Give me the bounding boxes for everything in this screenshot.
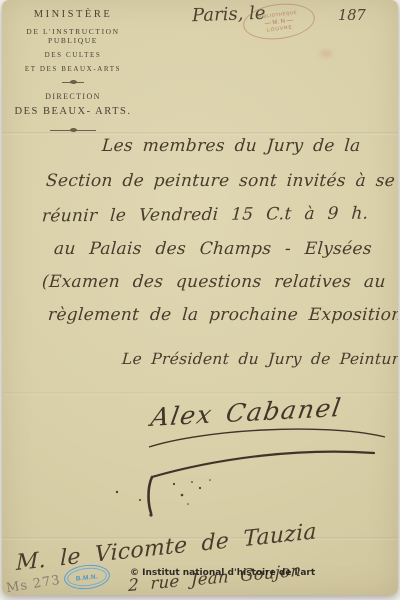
signature-flourish-icon <box>92 420 392 530</box>
ornament-divider-icon <box>62 81 84 84</box>
ministry-subtitle: ET DES BEAUX-ARTS <box>14 65 132 73</box>
stamp-text: B.M.N. <box>76 572 99 581</box>
shelfmark-pencil-note: Ms 273 <box>5 573 62 595</box>
direction-label: DIRECTION <box>14 92 132 101</box>
inha-copyright-watermark: © Institut national d'histoire de l'art <box>130 568 315 578</box>
ministry-subtitle: DE L'INSTRUCTION PUBLIQUE <box>14 27 132 45</box>
ministry-title: MINISTÈRE <box>14 9 132 20</box>
body-line: réunir le Vendredi 15 C.t à 9 h. <box>41 204 369 227</box>
letter-page: MINISTÈRE DE L'INSTRUCTION PUBLIQUE DES … <box>2 0 398 595</box>
direction-name: DES BEAUX- ARTS. <box>14 106 132 117</box>
body-line: règlement de la prochaine Exposition) <box>47 305 398 325</box>
ink-smudge <box>320 50 332 57</box>
closing-line: Le Président du Jury de Peinture, <box>121 350 398 368</box>
body-line: au Palais des Champs - Elysées <box>53 239 372 259</box>
dateline-year: 187 <box>338 8 366 24</box>
letterhead: MINISTÈRE DE L'INSTRUCTION PUBLIQUE DES … <box>14 6 132 132</box>
ministry-subtitle: DES CULTES <box>14 51 132 59</box>
ornament-rule-icon <box>50 129 96 132</box>
body-line: Section de peinture sont invités à se <box>45 171 396 191</box>
paper-crease <box>2 132 398 135</box>
body-line: Les membres du Jury de la <box>101 136 361 156</box>
body-line: (Examen des questions relatives au <box>41 272 386 292</box>
